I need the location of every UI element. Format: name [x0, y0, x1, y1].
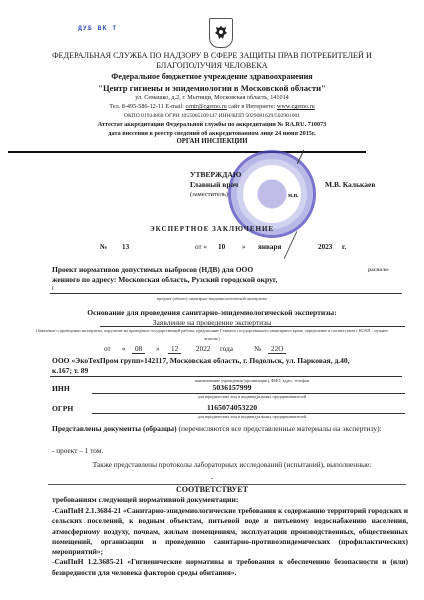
- requirements-heading: требованиям следующей нормативной докуме…: [52, 495, 238, 504]
- institution-name: "Центр гигиены и эпидемиологии в Московс…: [0, 83, 424, 93]
- lab-protocols-text: Также представлены протоколы лабораторны…: [20, 460, 424, 469]
- institution-codes: ОКПО 01934868 ОГРН 1055005109147 ИНН/КПП…: [0, 113, 424, 120]
- coat-of-arms-icon: [209, 18, 233, 48]
- verdict: СООТВЕТСТВУЕТ: [0, 485, 424, 494]
- inspection-body: ОРГАН ИНСПЕКЦИИ: [0, 138, 424, 146]
- subject-line-2: женного по адресу: Московская область, Р…: [52, 275, 277, 285]
- basis-day: 08: [132, 345, 145, 354]
- document-number: 13: [122, 243, 129, 251]
- signature-mark: [297, 150, 325, 164]
- basis-number: 22О: [268, 345, 286, 354]
- subject-underline: [50, 293, 402, 294]
- institution-address: ул. Семашко, д.2, г. Мытищи, Московская …: [0, 94, 424, 102]
- document-month: января: [258, 243, 281, 251]
- seal-place-mark: м.п.: [288, 193, 299, 199]
- applicant-line-2: к.167; т. 89: [52, 366, 88, 375]
- ogrn-value: 1165074053220: [20, 403, 424, 412]
- email-link[interactable]: centr@cgemo.ru: [185, 103, 226, 110]
- applicant-underline: [50, 376, 402, 377]
- lab-protocols-value: -: [0, 473, 424, 482]
- submitted-document-item: - проект – 1 том.: [52, 446, 103, 455]
- applicant-line-1: ООО «ЭкоТехПром групп»142117, Московская…: [52, 356, 350, 366]
- submitted-documents: Представлены документы (образцы) (перечи…: [52, 424, 408, 434]
- basis-caption: (Заявление о проведении экспертизы, пору…: [32, 327, 392, 343]
- accreditation-date: дата внесения в реестр сведений об аккре…: [0, 130, 424, 138]
- registration-stamp: ДУБ ВК Т: [78, 24, 117, 32]
- website-link[interactable]: www.cgemo.ru: [277, 103, 315, 110]
- inn-caption: для юридических лиц и индивидуальных пре…: [40, 394, 424, 399]
- subject-line-3: I: [52, 287, 54, 292]
- subject-caption: предмет (объект) санитарно-эпидемиологич…: [0, 296, 424, 301]
- basis-month: 12: [168, 345, 181, 354]
- norms-list: -СанПиН 2.1.3684-21 «Санитарно-эпидемиол…: [52, 506, 408, 578]
- document-year: 2023: [318, 243, 332, 251]
- basis-title: Основание для проведения санитарно-эпиде…: [0, 308, 424, 317]
- accreditation-line: Аттестат аккредитации Федеральной службы…: [0, 121, 424, 129]
- agency-name: ФЕДЕРАЛЬНАЯ СЛУЖБА ПО НАДЗОРУ В СФЕРЕ ЗА…: [0, 51, 424, 71]
- document-title: ЭКСПЕРТНОЕ ЗАКЛЮЧЕНИЕ: [0, 225, 424, 233]
- approval-block: УТВЕРЖДАЮ Главный врач (заместитель): [190, 170, 241, 200]
- institution-type: Федеральное бюджетное учреждение здравоо…: [0, 72, 424, 82]
- basis-year: 2022: [196, 345, 210, 353]
- ogrn-caption: для юридических лиц и индивидуальных пре…: [40, 414, 424, 419]
- institution-contacts: Тел. 8-495-586-12-11 E-mail: centr@cgemo…: [0, 103, 424, 111]
- norm-item: -СанПиН 2.1.3684-21 «Санитарно-эпидемиол…: [52, 506, 408, 557]
- signer-name: М.В. Калькаев: [325, 180, 375, 189]
- subject-line-1-tail: располо-: [368, 267, 390, 273]
- norm-item: -СанПиН 1.2.3685-21 «Гигиенические норма…: [52, 557, 408, 578]
- subject-line-1: Проект нормативов допустимых выбросов (Н…: [52, 265, 253, 275]
- document-day: 10: [218, 243, 225, 251]
- inn-value: 5036157999: [20, 383, 424, 392]
